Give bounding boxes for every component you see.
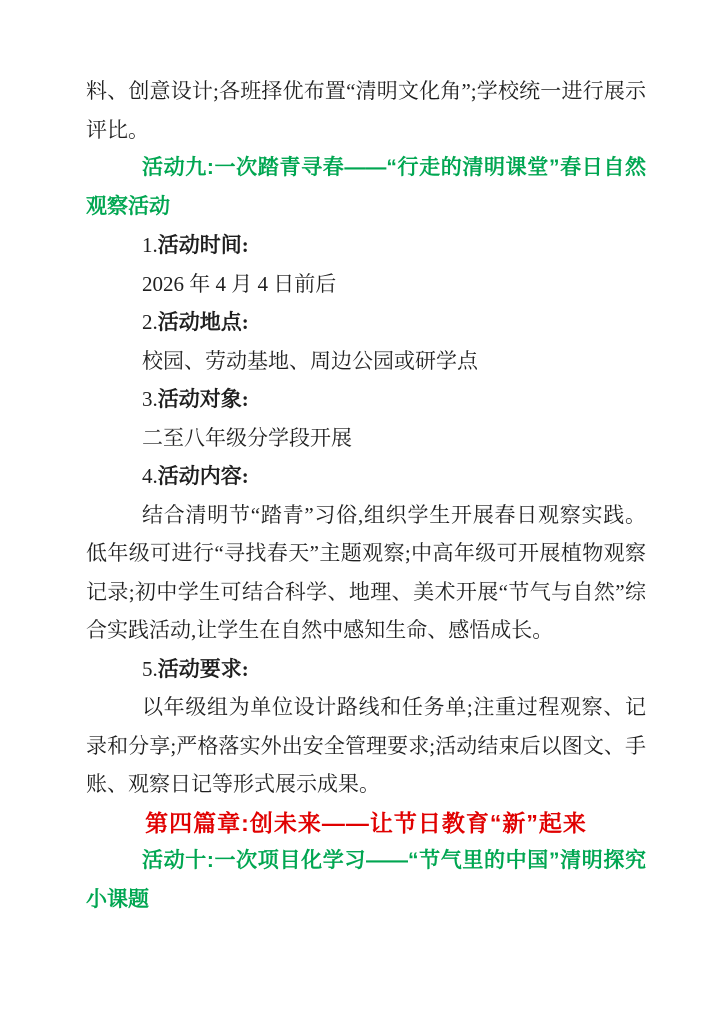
item-title: 活动内容: bbox=[158, 464, 249, 488]
item-number: 2. bbox=[142, 310, 158, 334]
item-title: 活动地点: bbox=[158, 310, 249, 334]
document-page: 料、创意设计;各班择优布置“清明文化角”;学校统一进行展示评比。 活动九:一次踏… bbox=[0, 0, 724, 1024]
field-location-value: 校园、劳动基地、周边公园或研学点 bbox=[86, 342, 646, 381]
field-content-label: 4.活动内容: bbox=[86, 457, 646, 496]
paragraph-activity-content: 结合清明节“踏青”习俗,组织学生开展春日观察实践。低年级可进行“寻找春天”主题观… bbox=[86, 496, 646, 650]
item-number: 3. bbox=[142, 387, 158, 411]
item-title: 活动对象: bbox=[158, 387, 249, 411]
field-location-label: 2.活动地点: bbox=[86, 303, 646, 342]
field-requirements-label: 5.活动要求: bbox=[86, 650, 646, 689]
item-number: 4. bbox=[142, 464, 158, 488]
field-time-value: 2026 年 4 月 4 日前后 bbox=[86, 265, 646, 304]
activity-9-heading: 活动九:一次踏青寻春——“行走的清明课堂”春日自然观察活动 bbox=[86, 149, 646, 226]
item-number: 1. bbox=[142, 233, 158, 257]
paragraph-display-evaluation: 料、创意设计;各班择优布置“清明文化角”;学校统一进行展示评比。 bbox=[86, 72, 646, 149]
field-time-label: 1.活动时间: bbox=[86, 226, 646, 265]
paragraph-activity-requirements: 以年级组为单位设计路线和任务单;注重过程观察、记录和分享;严格落实外出安全管理要… bbox=[86, 688, 646, 804]
item-title: 活动要求: bbox=[158, 657, 249, 681]
item-title: 活动时间: bbox=[158, 233, 249, 257]
chapter-4-heading: 第四篇章:创未来——让节日教育“新”起来 bbox=[86, 804, 646, 843]
activity-10-heading: 活动十:一次项目化学习——“节气里的中国”清明探究小课题 bbox=[86, 842, 646, 919]
item-number: 5. bbox=[142, 657, 158, 681]
field-audience-label: 3.活动对象: bbox=[86, 380, 646, 419]
field-audience-value: 二至八年级分学段开展 bbox=[86, 419, 646, 458]
